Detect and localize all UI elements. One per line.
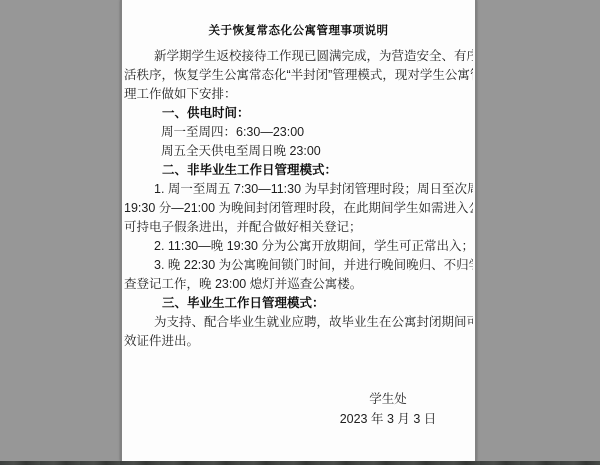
section-2-line-2: 19:30 分—21:00 为晚间封闭管理时段，在此期间学生如需进入公寓，: [124, 199, 473, 218]
document-content: 关于恢复常态化公寓管理事项说明 新学期学生返校接待工作现已圆满完成，为营造安全、…: [124, 0, 473, 461]
intro-line-2: 活秩序，恢复学生公寓常态化“半封闭”管理模式，现对学生公寓管: [124, 66, 473, 85]
signature-block: 学生处 2023 年 3 月 3 日: [313, 389, 463, 429]
document-page: 关于恢复常态化公寓管理事项说明 新学期学生返校接待工作现已圆满完成，为营造安全、…: [120, 0, 477, 461]
section-2-line-4: 2. 11:30—晚 19:30 分为公寓开放期间，学生可正常出入；: [124, 237, 473, 256]
section-2-line-6: 查登记工作，晚 23:00 熄灯并巡查公寓楼。: [124, 275, 473, 294]
intro-line-1: 新学期学生返校接待工作现已圆满完成，为营造安全、有序的生: [124, 47, 473, 66]
intro-line-3: 理工作做如下安排：: [124, 85, 473, 104]
section-2-line-3: 可持电子假条进出，并配合做好相关登记；: [124, 218, 473, 237]
document-title: 关于恢复常态化公寓管理事项说明: [124, 25, 473, 38]
section-2-line-5: 3. 晚 22:30 为公寓晚间锁门时间，并进行晚间晚归、不归学生排: [124, 256, 473, 275]
bottom-edge-bar: [0, 461, 600, 465]
signature-org: 学生处: [313, 389, 463, 409]
document-body: 新学期学生返校接待工作现已圆满完成，为营造安全、有序的生 活秩序，恢复学生公寓常…: [124, 47, 473, 429]
signature-date: 2023 年 3 月 3 日: [313, 409, 463, 429]
screen-background: 关于恢复常态化公寓管理事项说明 新学期学生返校接待工作现已圆满完成，为营造安全、…: [0, 0, 600, 465]
section-1-line-1: 周一至周四：6:30—23:00: [124, 123, 473, 142]
section-3-heading: 三、毕业生工作日管理模式：: [124, 294, 473, 313]
section-1-heading: 一、供电时间：: [124, 104, 473, 123]
section-2-line-1: 1. 周一至周五 7:30—11:30 为早封闭管理时段；周日至次周周四: [124, 180, 473, 199]
section-2-heading: 二、非毕业生工作日管理模式：: [124, 161, 473, 180]
section-3-line-1: 为支持、配合毕业生就业应聘，故毕业生在公寓封闭期间可持有: [124, 313, 473, 332]
section-1-line-2: 周五全天供电至周日晚 23:00: [124, 142, 473, 161]
section-3-line-2: 效证件进出。: [124, 332, 473, 351]
